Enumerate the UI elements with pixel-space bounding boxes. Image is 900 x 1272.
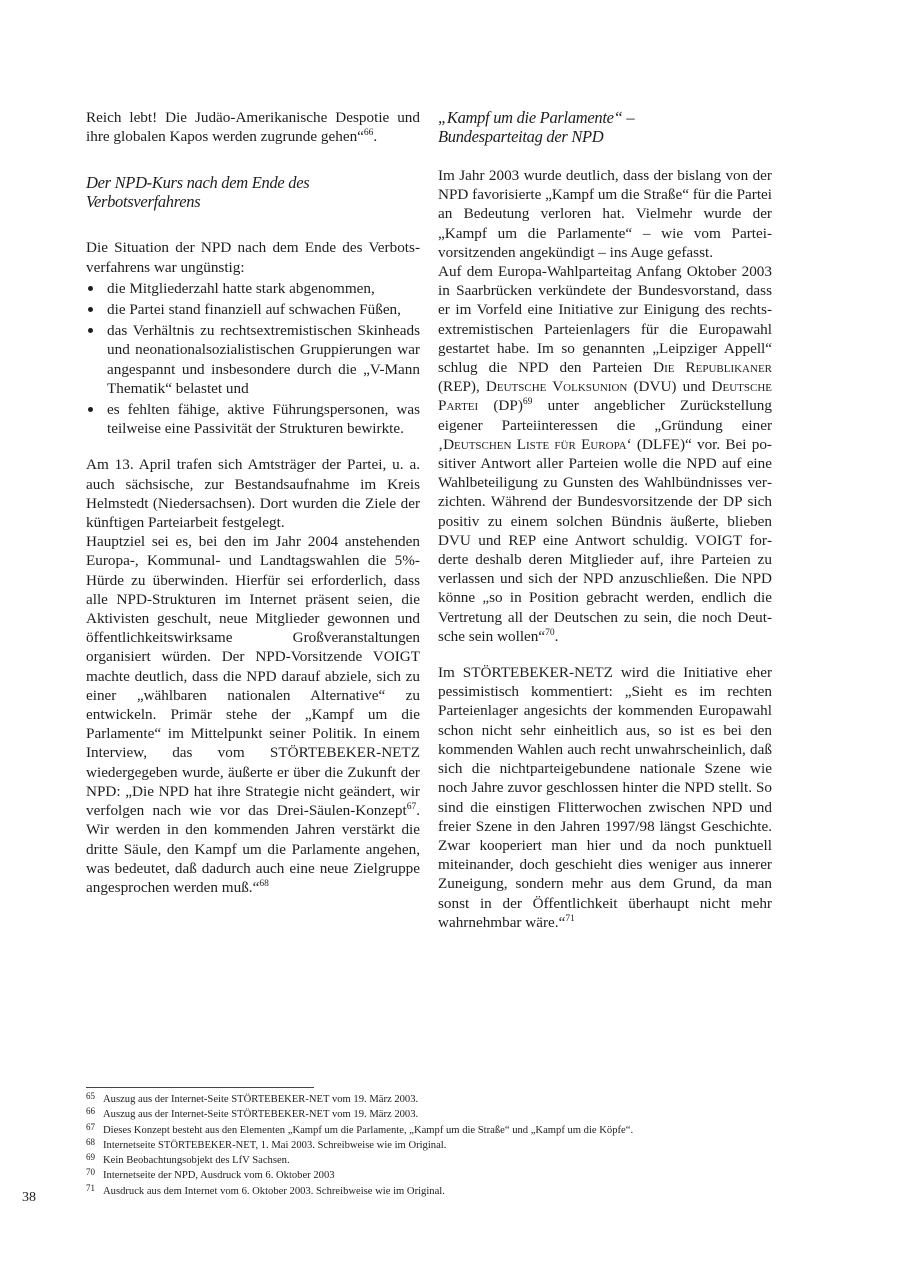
footnote-ref-70[interactable]: 70: [545, 628, 555, 638]
spacer: [438, 646, 772, 663]
party-name-dvu: Deutsche Volksunion: [486, 378, 627, 395]
bullet-item: es fehlten fähige, aktive Führungsperson…: [86, 400, 420, 438]
footnote-number: 71: [86, 1181, 103, 1196]
footnote-65: 65Auszug aus der Internet-Seite STÖRTEBE…: [86, 1092, 806, 1107]
footnote-number: 68: [86, 1135, 103, 1150]
footnote-ref-66[interactable]: 66: [364, 128, 374, 138]
paragraph-stoertebeker-comment: Im STÖRTEBEKER-NETZ wird die Initiative …: [438, 663, 772, 932]
text-segment: ‘ (DLFE)“ vor. Bei po­sitiver Antwort al…: [438, 436, 772, 645]
heading-line-1: „Kampf um die Parlamente“ –: [438, 108, 772, 127]
footnote-divider: [86, 1087, 314, 1088]
footnote-text: Auszug aus der Internet-Seite STÖRTEBEKE…: [103, 1107, 418, 1122]
situation-bullet-list: die Mitgliederzahl hatte stark abgenomme…: [86, 279, 420, 439]
footnote-text: Ausdruck aus dem Internet vom 6. Oktober…: [103, 1184, 445, 1199]
footnote-70: 70Internetseite der NPD, Ausdruck vom 6.…: [86, 1168, 806, 1183]
heading-line-2: Bundesparteitag der NPD: [438, 127, 772, 146]
footnote-number: 67: [86, 1120, 103, 1135]
footnote-ref-71[interactable]: 71: [565, 914, 575, 924]
footnote-number: 66: [86, 1104, 103, 1119]
text-segment: .: [555, 628, 559, 645]
intro-end: .: [373, 128, 377, 145]
hauptziel-text-a: Hauptziel sei es, bei den im Jahr 2004 a…: [86, 533, 420, 819]
footnote-69: 69Kein Beobachtungsobjekt des LfV Sachse…: [86, 1153, 806, 1168]
paragraph-april-meeting: Am 13. April trafen sich Amtsträger der …: [86, 455, 420, 532]
page-number: 38: [22, 1190, 36, 1206]
text-segment: (REP),: [438, 378, 486, 395]
footnote-ref-69[interactable]: 69: [523, 397, 533, 407]
bullet-item: die Mitgliederzahl hatte stark abgenomme…: [86, 279, 420, 298]
spacer: [86, 438, 420, 455]
stoertebeker-text: Im STÖRTEBEKER-NETZ wird die Initiative …: [438, 664, 772, 931]
party-name-republikaner: Die Republikaner: [653, 359, 772, 376]
bullet-item: die Partei stand finanziell auf schwache…: [86, 300, 420, 319]
section-heading-npd-kurs: Der NPD-Kurs nach dem Ende des Verbotsve…: [86, 173, 420, 211]
section-heading-kampf: „Kampf um die Parlamente“ – Bundespartei…: [438, 108, 772, 146]
footnote-66: 66Auszug aus der Internet-Seite STÖRTEBE…: [86, 1107, 806, 1122]
footnote-ref-67[interactable]: 67: [407, 802, 417, 812]
footnotes: 65Auszug aus der Internet-Seite STÖRTEBE…: [86, 1092, 806, 1199]
footnote-text: Internetseite STÖRTEBEKER-NET, 1. Mai 20…: [103, 1138, 446, 1153]
footnote-number: 69: [86, 1150, 103, 1165]
footnote-text: Internetseite der NPD, Ausdruck vom 6. O…: [103, 1168, 335, 1183]
paragraph-europa-wahlparteitag: Auf dem Europa-Wahlparteitag Anfang Okto…: [438, 262, 772, 646]
footnote-number: 70: [86, 1165, 103, 1180]
footnote-68: 68Internetseite STÖRTEBEKER-NET, 1. Mai …: [86, 1138, 806, 1153]
bullet-item: das Verhältnis zu rechtsextremistischen …: [86, 321, 420, 398]
situation-lead: Die Situation der NPD nach dem Ende des …: [86, 238, 420, 276]
footnote-67: 67Dieses Konzept besteht aus den Element…: [86, 1123, 806, 1138]
left-column: Reich lebt! Die Judäo-Amerikanische Desp…: [86, 108, 420, 897]
right-column: „Kampf um die Parlamente“ – Bundespartei…: [438, 108, 772, 932]
text-segment: (DVU) und: [627, 378, 711, 395]
footnote-text: Auszug aus der Internet-Seite STÖRTEBEKE…: [103, 1092, 418, 1107]
party-name-dlfe: Deutschen Liste für Europa: [443, 436, 627, 453]
footnote-ref-68[interactable]: 68: [259, 879, 269, 889]
footnote-text: Dieses Konzept besteht aus den Elementen…: [103, 1123, 633, 1138]
footnote-text: Kein Beobachtungsobjekt des LfV Sachsen.: [103, 1153, 290, 1168]
intro-paragraph: Reich lebt! Die Judäo-Amerikanische Desp…: [86, 108, 420, 146]
paragraph-hauptziel: Hauptziel sei es, bei den im Jahr 2004 a…: [86, 532, 420, 897]
paragraph-jahr-2003: Im Jahr 2003 wurde deutlich, dass der bi…: [438, 166, 772, 262]
text-segment: (DP): [478, 397, 523, 414]
footnote-71: 71Ausdruck aus dem Internet vom 6. Oktob…: [86, 1184, 806, 1199]
footnote-number: 65: [86, 1089, 103, 1104]
